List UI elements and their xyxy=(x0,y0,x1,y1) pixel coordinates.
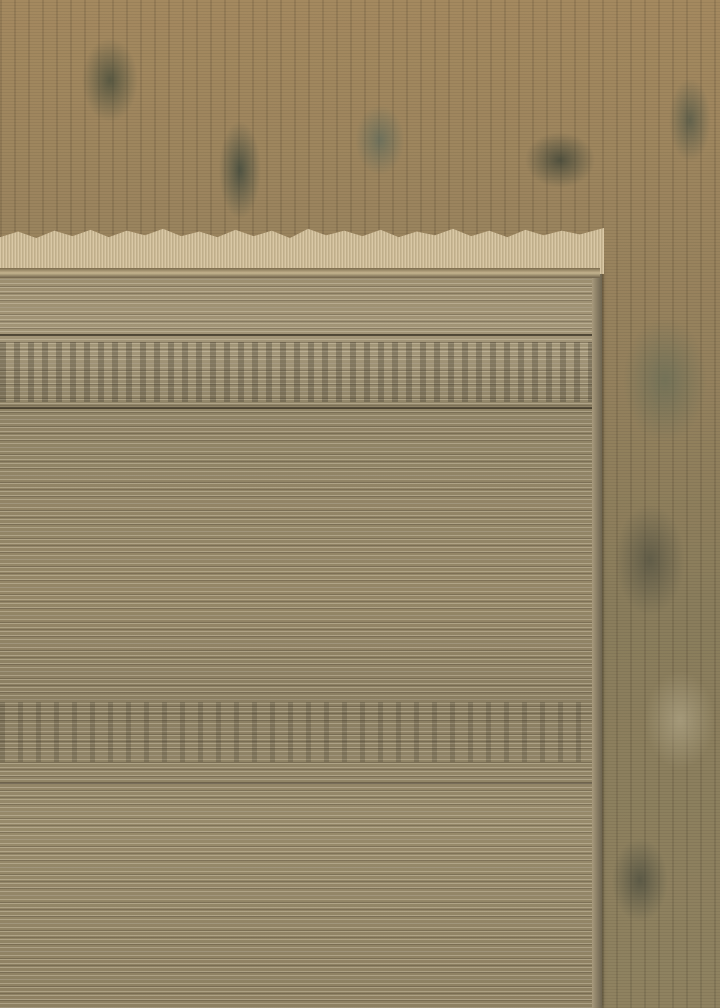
rug-photo xyxy=(0,0,720,1008)
border-line xyxy=(0,407,600,409)
rug-back-weave xyxy=(0,262,600,1008)
border-pattern xyxy=(0,342,600,402)
rug-side-edge xyxy=(592,262,602,1008)
fringe-binding xyxy=(0,268,600,278)
border-line xyxy=(0,782,600,784)
border-line xyxy=(0,334,600,336)
field-pattern xyxy=(0,702,600,762)
